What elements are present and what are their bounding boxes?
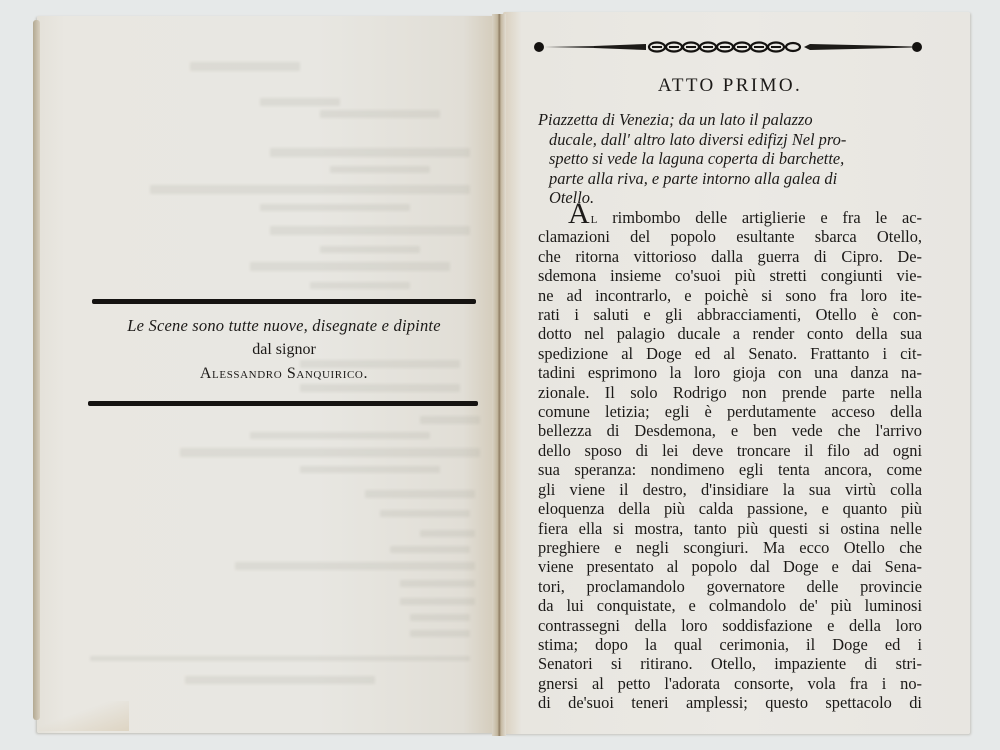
ornamental-rule-icon [534, 40, 922, 54]
drop-cap: A [568, 197, 591, 230]
page-corner-wear [39, 701, 129, 731]
body-line: fiera ella si mostra, tanto più questi s… [538, 519, 922, 538]
body-line: bellezza di Desdemona, e ben vede che l'… [538, 421, 922, 440]
credit-line-2: dal signor [90, 341, 478, 359]
bottom-rule [88, 401, 478, 406]
stage-direction: Piazzetta di Venezia; da un lato il pala… [538, 110, 922, 208]
body-line: eloquenza della più calda passione, e qu… [538, 499, 922, 518]
body-line: contrassegni della loro soddisfazione e … [538, 616, 922, 635]
body-line: comune letizia; egli è perdutamente acce… [538, 402, 922, 421]
first-line-rest: rimbombo delle artiglierie e fra le ac- [612, 208, 922, 227]
stage-direction-line: spetto si vede la laguna coperta di barc… [538, 149, 922, 169]
stage-direction-line: Piazzetta di Venezia; da un lato il pala… [538, 110, 922, 130]
open-book: Le Scene sono tutte nuove, disegnate e d… [0, 0, 1000, 750]
body-line: Al rimbombo delle artiglierie e fra le a… [538, 204, 922, 227]
first-word-rest: l [591, 208, 598, 227]
body-line: rati i saluti e gli abbracciamenti, Otel… [538, 305, 922, 324]
body-line: sua speranza: nondimeno egli tenta ancor… [538, 460, 922, 479]
body-line: zionale. Il solo Rodrigo non prende part… [538, 383, 922, 402]
body-line: stima; dopo la qual cerimonia, il Doge e… [538, 635, 922, 654]
body-line: preghiere e negli scongiuri. Ma ecco Ote… [538, 538, 922, 557]
body-line: da lui conquistate, e colmandolo de' più… [538, 596, 922, 615]
body-line: dello sposo di lei deve troncare il filo… [538, 441, 922, 460]
body-line: spedizione al Doge ed al Senato. Frattan… [538, 344, 922, 363]
body-line: gnersi al petto l'adorata consorte, vola… [538, 674, 922, 693]
body-line: sdemona insieme co'suoi più stretti cong… [538, 266, 922, 285]
credit-artist-name: Alessandro Sanquirico. [90, 365, 478, 383]
body-line: viene presentato al popolo dal Doge e da… [538, 557, 922, 576]
stage-direction-line: parte alla riva, e parte intorno alla ga… [538, 169, 922, 189]
top-rule [92, 299, 476, 304]
body-line: che ritorna vittorioso dalla guerra di C… [538, 247, 922, 266]
book-spine [492, 14, 506, 736]
body-line: di de'suoi teneri amplessi; questo spett… [538, 693, 922, 712]
scenery-credit: Le Scene sono tutte nuove, disegnate e d… [90, 310, 478, 383]
body-line: gli viene il destro, d'insidiare la sua … [538, 480, 922, 499]
body-line: Senatori si ritirano. Otello, impaziente… [538, 654, 922, 673]
body-line: dotto nel palagio ducale a render conto … [538, 324, 922, 343]
body-line: tori, proclamandolo governatore delle pr… [538, 577, 922, 596]
body-line: clamazioni del popolo esultante sbarca O… [538, 227, 922, 246]
body-line: ne ad incontrarlo, e poichè si sono fra … [538, 286, 922, 305]
credit-line-1: Le Scene sono tutte nuove, disegnate e d… [90, 316, 478, 336]
act-title: ATTO PRIMO. [520, 75, 940, 97]
stage-direction-line: ducale, dall' altro lato diversi edifizj… [538, 130, 922, 150]
body-line: tadini esprimono la loro gioja con una d… [538, 363, 922, 382]
body-paragraph: Al rimbombo delle artiglierie e fra le a… [538, 204, 922, 713]
